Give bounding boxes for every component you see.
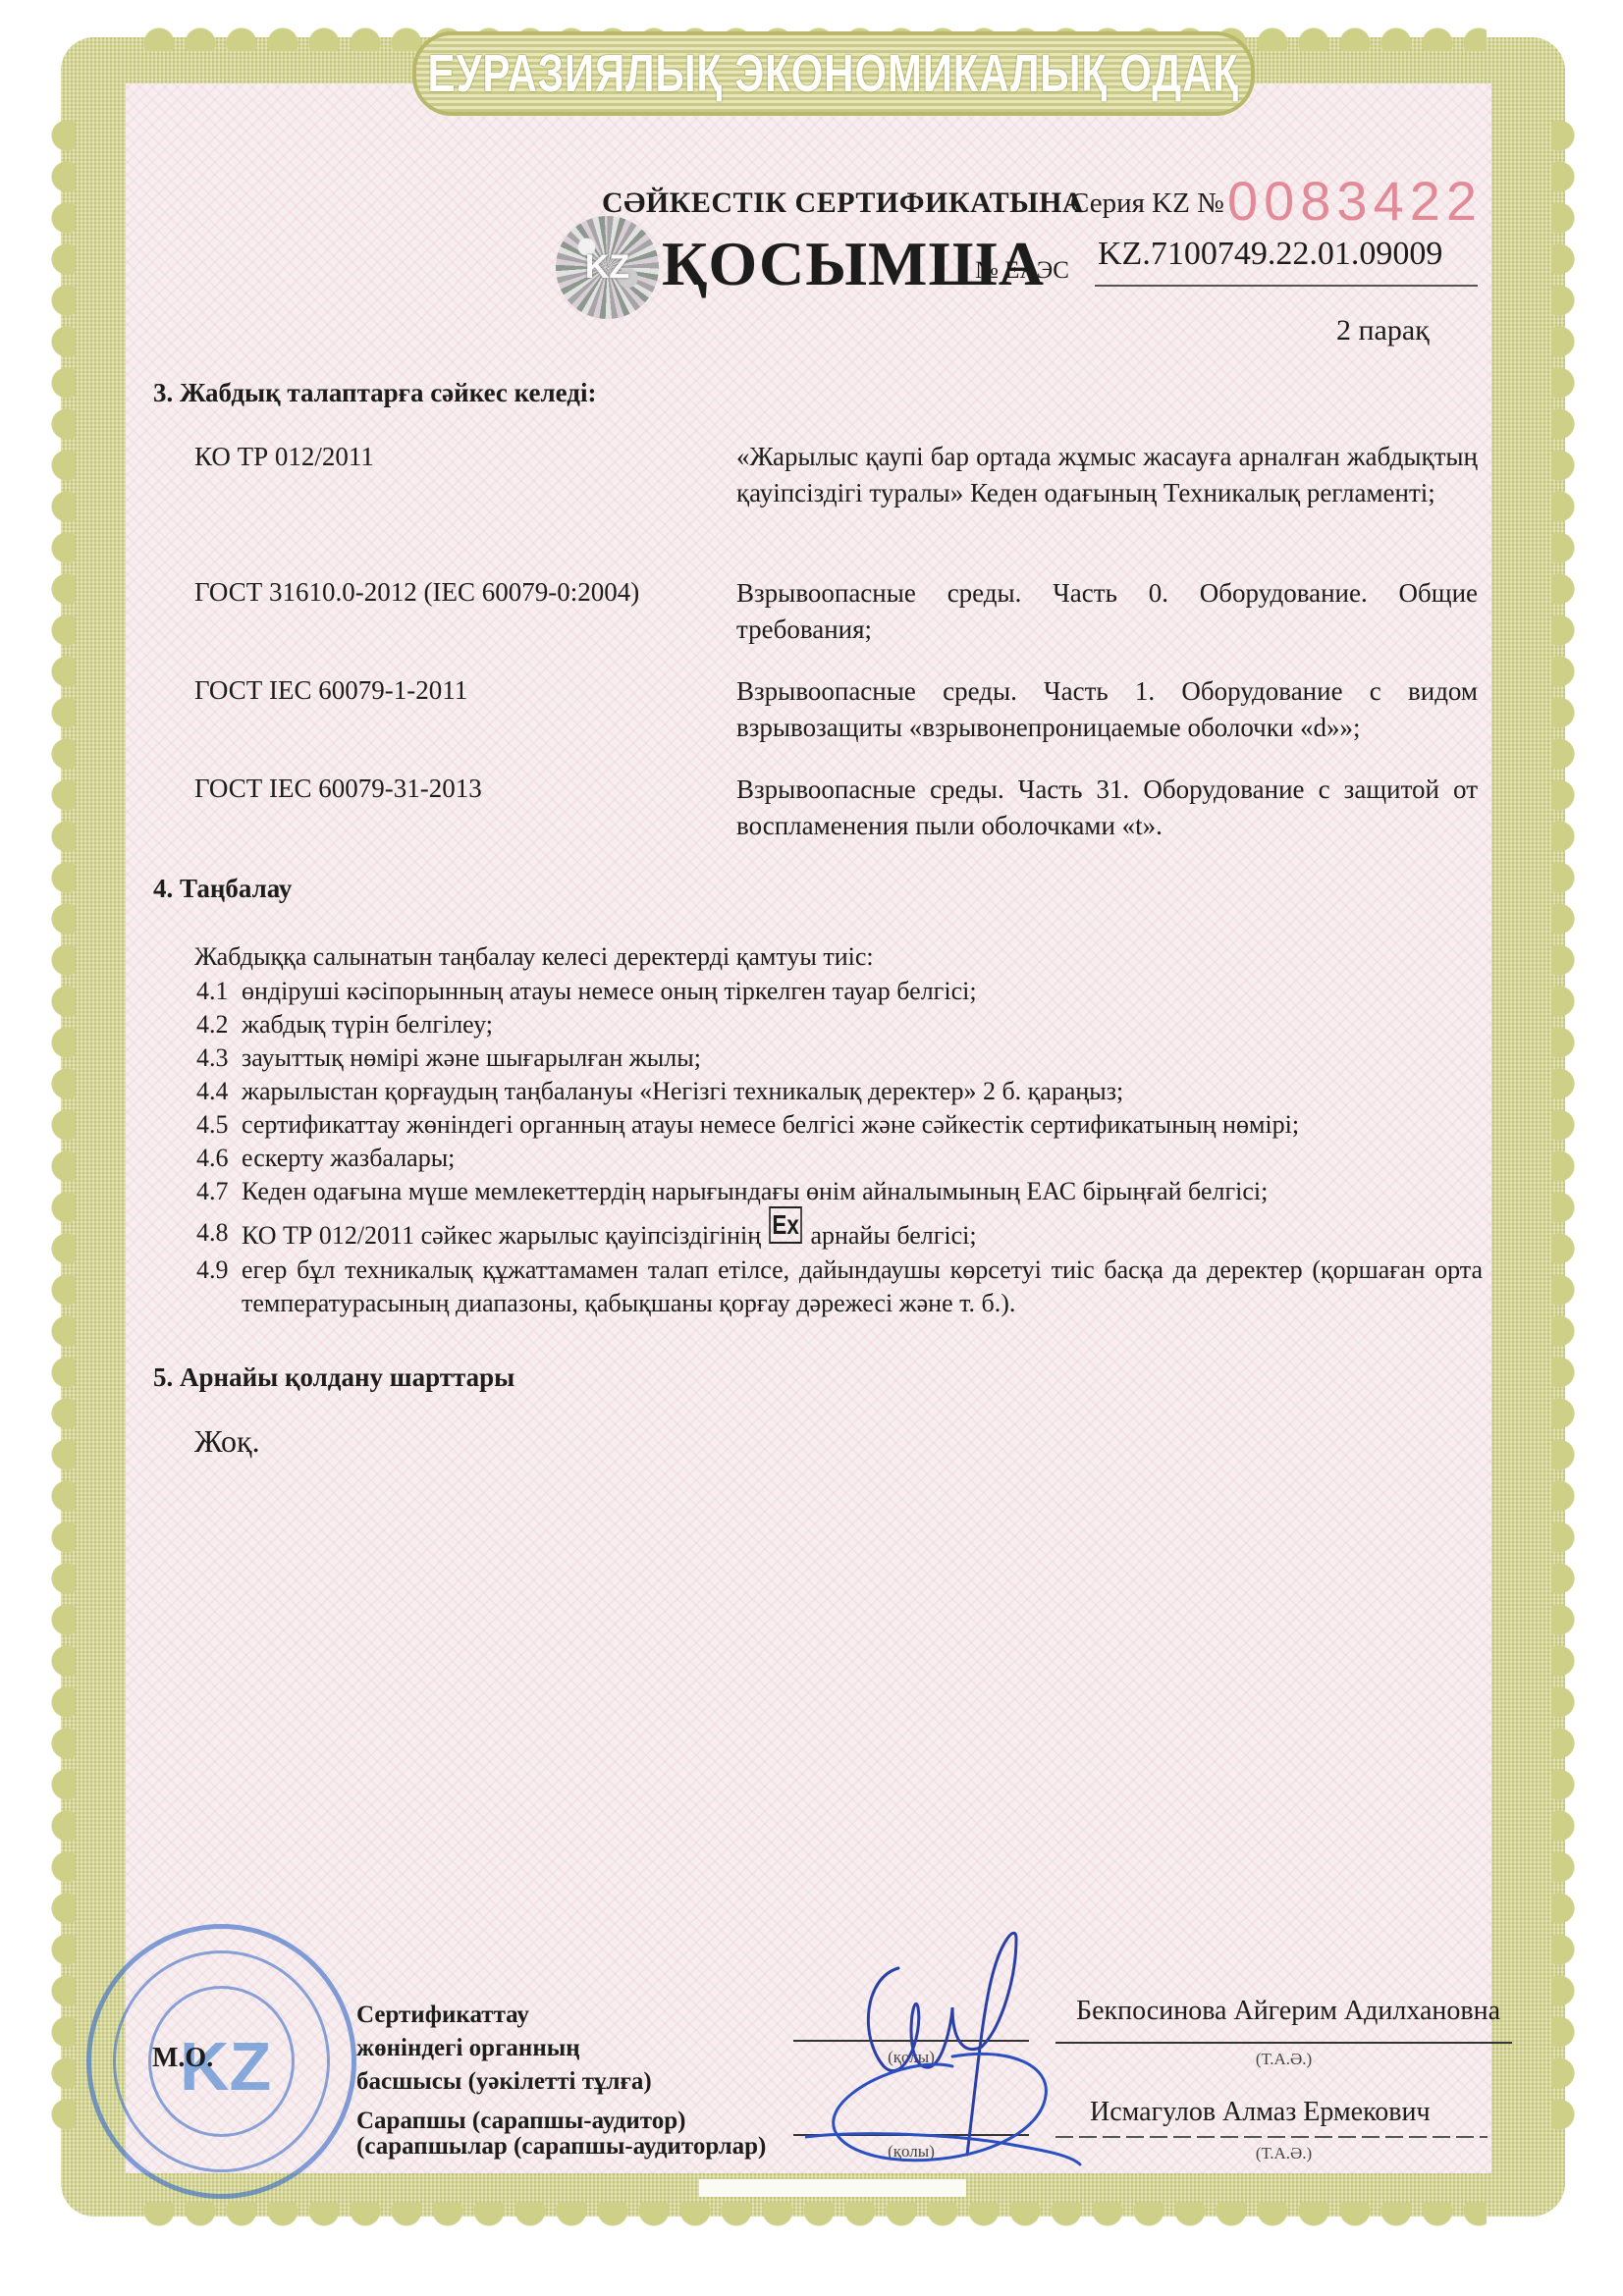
item-text: жабдық түрін белгілеу; [242,1008,1483,1041]
item-number: 4.6 [196,1142,242,1175]
section-3-title: 3. Жабдық талаптарға сәйкес келеді: [153,378,596,408]
kz-hologram-icon: KZ [556,216,659,319]
list-item: 4.7 Кеден одағына мүше мемлекеттердің на… [196,1175,1483,1208]
eaes-label: № ЕАЭС [975,257,1069,285]
official-seal-icon: KZ [86,1924,356,2199]
sheet-number: 2 парақ [1336,314,1430,347]
item-text: Кеден одағына мүше мемлекеттердің нарығы… [242,1175,1483,1208]
standard-description: Взрывоопасные среды. Часть 1. Оборудован… [736,673,1478,746]
item-number: 4.8 [196,1216,242,1254]
list-item: 4.4 жарылыстан қорғаудың таңбалануы «Нег… [196,1075,1483,1108]
list-item: 4.8 КО ТР 012/2011 сәйкес жарылыс қауіпс… [196,1216,1483,1254]
standard-description: «Жарылыс қаупі бар ортада жұмыс жасауға … [736,439,1478,511]
item-text: КО ТР 012/2011 сәйкес жарылыс қауіпсізді… [242,1216,1483,1254]
banner-title: ЕУРАЗИЯЛЫҚ ЭКОНОМИКАЛЫҚ ОДАҚ [428,43,1239,104]
handwritten-signature-icon [805,1919,1159,2184]
role-line: жөніндегі органның [356,2032,652,2065]
standard-code: ГОСТ IEC 60079-31-2013 [194,774,705,804]
role-line: Сарапшы (сарапшы-аудитор) [356,2109,766,2134]
item-text: жарылыстан қорғаудың таңбалануы «Негізгі… [242,1075,1483,1108]
section-5-title: 5. Арнайы қолдану шарттары [153,1362,514,1393]
item-text: ескерту жазбалары; [242,1142,1483,1175]
item-number: 4.4 [196,1075,242,1108]
item-number: 4.2 [196,1008,242,1041]
item-number: 4.1 [196,975,242,1008]
role-line: Сертификаттау [356,1999,652,2032]
standard-description: Взрывоопасные среды. Часть 31. Оборудова… [736,772,1478,844]
list-item: 4.2 жабдық түрін белгілеу; [196,1008,1483,1041]
item-number: 4.3 [196,1041,242,1075]
marking-list: 4.1 өндіруші кәсіпорынның атауы немесе о… [196,975,1483,1320]
list-item: 4.9 егер бұл техникалық құжаттамамен тал… [196,1254,1483,1320]
head-role-label: Сертификаттау жөніндегі органның басшысы… [356,1999,652,2099]
list-item: 4.6 ескерту жазбалары; [196,1142,1483,1175]
standard-code: ГОСТ 31610.0-2012 (IEC 60079-0:2004) [194,577,705,608]
marking-intro: Жабдыққа салынатын таңбалау келесі дерек… [194,942,874,972]
item-text-before: КО ТР 012/2011 сәйкес жарылыс қауіпсізді… [242,1221,761,1250]
certificate-type-line: СӘЙКЕСТІК СЕРТИФИКАТЫНА [602,187,1084,220]
list-item: 4.5 сертификаттау жөніндегі органның ата… [196,1108,1483,1142]
item-text: егер бұл техникалық құжаттамамен талап е… [242,1254,1483,1320]
expert-role-label: Сарапшы (сарапшы-аудитор) (сарапшылар (с… [356,2109,766,2160]
item-text: сертификаттау жөніндегі органның атауы н… [242,1108,1483,1142]
standard-code: КО ТР 012/2011 [194,442,705,472]
list-item: 4.3 зауыттық нөмірі және шығарылған жылы… [196,1041,1483,1075]
item-number: 4.7 [196,1175,242,1208]
serial-number: 0083422 [1227,169,1483,233]
list-item: 4.1 өндіруші кәсіпорынның атауы немесе о… [196,975,1483,1008]
role-line: басшысы (уәкілетті тұлға) [356,2065,652,2099]
standard-description: Взрывоопасные среды. Часть 0. Оборудован… [736,575,1478,648]
eaes-underline [1095,285,1478,287]
ex-mark-icon: Ex [769,1206,802,1244]
item-number: 4.9 [196,1254,242,1320]
special-conditions-value: Жоқ. [194,1423,260,1460]
hologram-text: KZ [585,248,629,287]
series-label: Серия KZ № [1070,187,1224,220]
item-text-after: арнайы белгісі; [810,1221,976,1250]
item-text: өндіруші кәсіпорынның атауы немесе оның … [242,975,1483,1008]
role-line: (сарапшылар (сарапшы-аудиторлар) [356,2134,766,2160]
eaes-number: KZ.7100749.22.01.09009 [1098,236,1442,273]
item-number: 4.5 [196,1108,242,1142]
frame-scallop-right [1551,116,1581,2138]
union-banner: ЕУРАЗИЯЛЫҚ ЭКОНОМИКАЛЫҚ ОДАҚ [412,31,1255,116]
frame-scallop-bottom [139,2203,1487,2232]
seal-place-label: М.О. [152,2043,213,2074]
frame-scallop-left [45,116,75,2138]
item-text: зауыттық нөмірі және шығарылған жылы; [242,1041,1483,1075]
standard-code: ГОСТ IEC 60079-1-2011 [194,675,705,706]
section-4-title: 4. Таңбалау [153,874,292,904]
printer-imprint [699,2179,966,2197]
